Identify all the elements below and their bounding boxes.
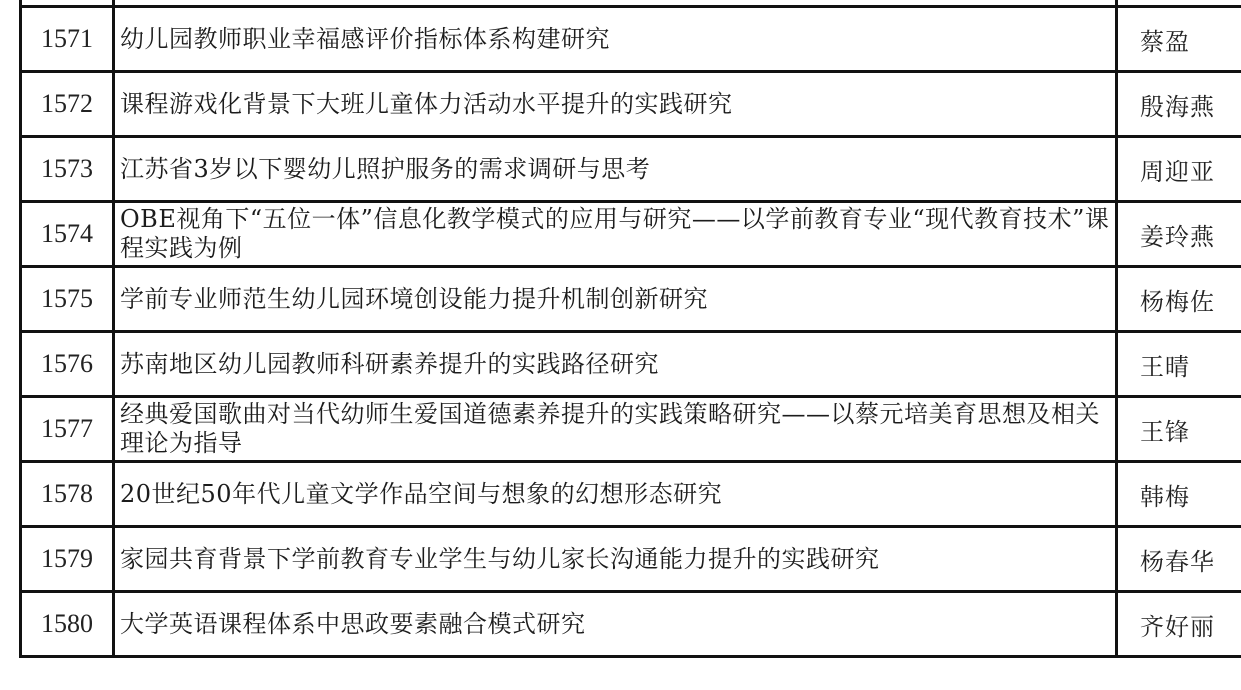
cell-name: 王锋 [1117,397,1241,462]
cell-number: 1573 [21,137,114,202]
cell-title: 家园共育背景下学前教育专业学生与幼儿家长沟通能力提升的实践研究 [114,527,1117,592]
cell-number: 1575 [21,267,114,332]
table-row: 1575 学前专业师范生幼儿园环境创设能力提升机制创新研究 杨梅佐 [21,267,1241,332]
cell-number: 1579 [21,527,114,592]
cell-number: 1572 [21,72,114,137]
cell-title: OBE视角下“五位一体”信息化教学模式的应用与研究——以学前教育专业“现代教育技… [114,202,1117,267]
project-list-table: 1571 幼儿园教师职业幸福感评价指标体系构建研究 蔡盈 1572 课程游戏化背… [19,0,1241,658]
table-row: 1580 大学英语课程体系中思政要素融合模式研究 齐好丽 [21,592,1241,657]
project-list-table-container: 1571 幼儿园教师职业幸福感评价指标体系构建研究 蔡盈 1572 课程游戏化背… [19,0,1241,658]
cell-name: 杨春华 [1117,527,1241,592]
cell-number: 1580 [21,592,114,657]
table-row: 1571 幼儿园教师职业幸福感评价指标体系构建研究 蔡盈 [21,7,1241,72]
cell-title: 大学英语课程体系中思政要素融合模式研究 [114,592,1117,657]
cell-number: 1577 [21,397,114,462]
cell-title: 课程游戏化背景下大班儿童体力活动水平提升的实践研究 [114,72,1117,137]
cell-title: 江苏省3岁以下婴幼儿照护服务的需求调研与思考 [114,137,1117,202]
table-row: 1577 经典爱国歌曲对当代幼师生爱国道德素养提升的实践策略研究——以蔡元培美育… [21,397,1241,462]
table-row: 1579 家园共育背景下学前教育专业学生与幼儿家长沟通能力提升的实践研究 杨春华 [21,527,1241,592]
cell-number: 1571 [21,7,114,72]
cell-title: 幼儿园教师职业幸福感评价指标体系构建研究 [114,7,1117,72]
cell-number: 1574 [21,202,114,267]
table-row: 1574 OBE视角下“五位一体”信息化教学模式的应用与研究——以学前教育专业“… [21,202,1241,267]
cell-title: 学前专业师范生幼儿园环境创设能力提升机制创新研究 [114,267,1117,332]
table-row: 1576 苏南地区幼儿园教师科研素养提升的实践路径研究 王晴 [21,332,1241,397]
cell-name: 蔡盈 [1117,7,1241,72]
table-row: 1572 课程游戏化背景下大班儿童体力活动水平提升的实践研究 殷海燕 [21,72,1241,137]
cell-title: 20世纪50年代儿童文学作品空间与想象的幻想形态研究 [114,462,1117,527]
table-row: 1573 江苏省3岁以下婴幼儿照护服务的需求调研与思考 周迎亚 [21,137,1241,202]
cell-number: 1578 [21,462,114,527]
cell-title: 苏南地区幼儿园教师科研素养提升的实践路径研究 [114,332,1117,397]
cell-name: 周迎亚 [1117,137,1241,202]
cell-number: 1576 [21,332,114,397]
cell-name: 姜玲燕 [1117,202,1241,267]
cell-name: 王晴 [1117,332,1241,397]
cell-name: 齐好丽 [1117,592,1241,657]
table-row: 1578 20世纪50年代儿童文学作品空间与想象的幻想形态研究 韩梅 [21,462,1241,527]
cell-title: 经典爱国歌曲对当代幼师生爱国道德素养提升的实践策略研究——以蔡元培美育思想及相关… [114,397,1117,462]
cell-name: 殷海燕 [1117,72,1241,137]
cell-name: 杨梅佐 [1117,267,1241,332]
cell-name: 韩梅 [1117,462,1241,527]
